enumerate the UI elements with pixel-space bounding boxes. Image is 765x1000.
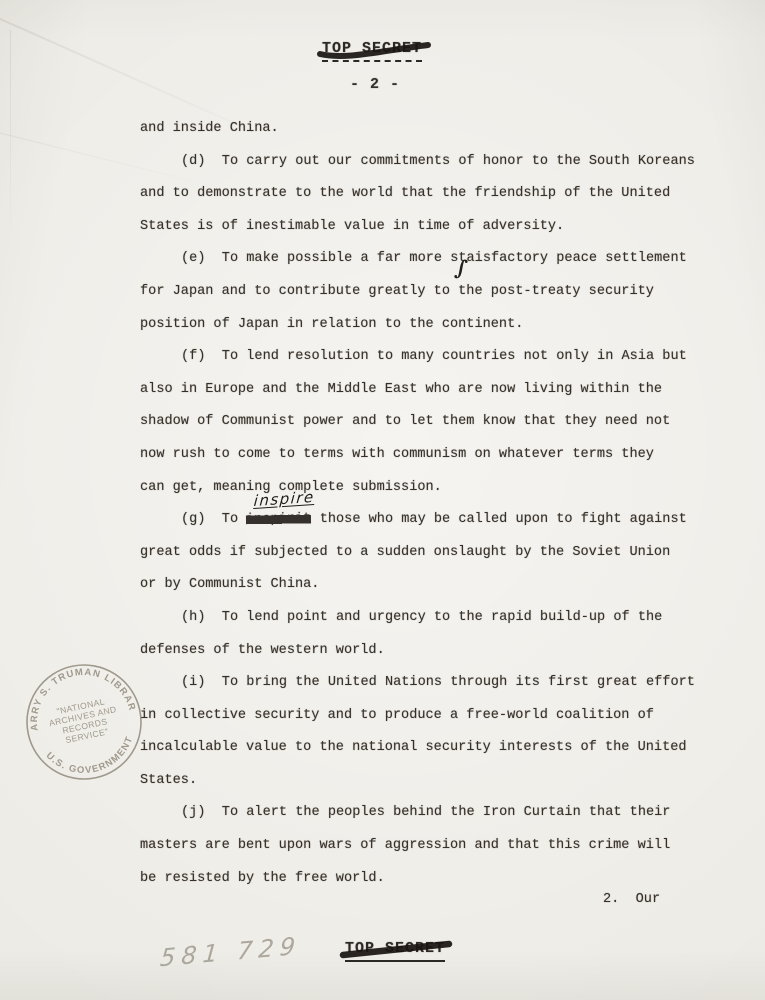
pencil-annotation: 581 729 (159, 932, 302, 973)
line-text: (e) To make possible a far more st (181, 251, 467, 266)
line-text: and inside China. (140, 121, 279, 136)
typewritten-line: States. (140, 765, 720, 798)
line-text: great odds if subjected to a sudden onsl… (140, 545, 670, 560)
struck-word: inspiritinspire (246, 504, 312, 538)
line-text: also in Europe and the Middle East who a… (140, 382, 662, 397)
continuation-marker: 2. Our (603, 892, 660, 907)
strike-mark-icon (318, 38, 430, 64)
typewritten-line: and inside China. (140, 113, 720, 146)
typewritten-line: also in Europe and the Middle East who a… (140, 374, 720, 407)
line-text: (h) To lend point and urgency to the rap… (181, 610, 662, 625)
typewritten-line: can get, meaning complete submission. (140, 472, 720, 505)
typewritten-line: masters are bent upon wars of aggression… (140, 830, 720, 863)
line-text: position of Japan in relation to the con… (140, 317, 523, 332)
line-text: shadow of Communist power and to let the… (140, 414, 670, 429)
line-text: those who may be called upon to fight ag… (312, 512, 687, 527)
line-text: States. (140, 773, 197, 788)
line-text: States is of inestimable value in time o… (140, 219, 564, 234)
typewritten-line: States is of inestimable value in time o… (140, 211, 720, 244)
typewritten-line: (i) To bring the United Nations through … (140, 667, 720, 700)
typewritten-line: defenses of the western world. (140, 635, 720, 668)
typewritten-line: or by Communist China. (140, 569, 720, 602)
line-text: defenses of the western world. (140, 643, 385, 658)
line-text: or by Communist China. (140, 577, 319, 592)
line-text: masters are bent upon wars of aggression… (140, 838, 670, 853)
typewritten-line: (d) To carry out our commitments of hono… (140, 146, 720, 179)
line-text: in collective security and to produce a … (140, 708, 654, 723)
typewritten-line: be resisted by the free world. (140, 863, 720, 896)
typewritten-line: (e) To make possible a far more st∫aisfa… (140, 243, 720, 276)
classification-bottom: TOP SECRET (345, 940, 445, 962)
typewritten-line: position of Japan in relation to the con… (140, 309, 720, 342)
line-text: for Japan and to contribute greatly to t… (140, 284, 654, 299)
typewritten-line: and to demonstrate to the world that the… (140, 178, 720, 211)
line-text: (d) To carry out our commitments of hono… (181, 154, 695, 169)
typewritten-line: shadow of Communist power and to let the… (140, 406, 720, 439)
typewritten-line: (g) To inspiritinspire those who may be … (140, 504, 720, 537)
typewritten-line: in collective security and to produce a … (140, 700, 720, 733)
typewritten-line: great odds if subjected to a sudden onsl… (140, 537, 720, 570)
line-text: incalculable value to the national secur… (140, 740, 687, 755)
line-text: (j) To alert the peoples behind the Iron… (181, 805, 670, 820)
page-number: - 2 - (320, 76, 430, 93)
line-text: (f) To lend resolution to many countries… (181, 349, 687, 364)
truman-library-stamp: HARRY S. TRUMAN LIBRARY U.S. GOVERNMENT … (13, 651, 155, 793)
typewritten-line: incalculable value to the national secur… (140, 732, 720, 765)
line-text: be resisted by the free world. (140, 871, 385, 886)
handwritten-correction: inspire (253, 481, 316, 518)
typewritten-line: for Japan and to contribute greatly to t… (140, 276, 720, 309)
line-text: aisfactory peace settlement (467, 251, 687, 266)
line-text: now rush to come to terms with communism… (140, 447, 654, 462)
classification-top: TOP SECRET (322, 40, 422, 62)
typewritten-line: now rush to come to terms with communism… (140, 439, 720, 472)
paper-crease (10, 30, 11, 250)
line-text: and to demonstrate to the world that the… (140, 186, 670, 201)
line-text: (g) To (181, 512, 246, 527)
typewritten-line: (h) To lend point and urgency to the rap… (140, 602, 720, 635)
strike-mark-icon (341, 938, 453, 964)
typewritten-line: (f) To lend resolution to many countries… (140, 341, 720, 374)
line-text: (i) To bring the United Nations through … (181, 675, 695, 690)
typewritten-line: (j) To alert the peoples behind the Iron… (140, 797, 720, 830)
scanned-document-page: TOP SECRET - 2 - and inside China.(d) To… (0, 0, 765, 1000)
document-body: and inside China.(d) To carry out our co… (140, 113, 720, 895)
stamp-arc-bottom: U.S. GOVERNMENT (42, 733, 141, 785)
